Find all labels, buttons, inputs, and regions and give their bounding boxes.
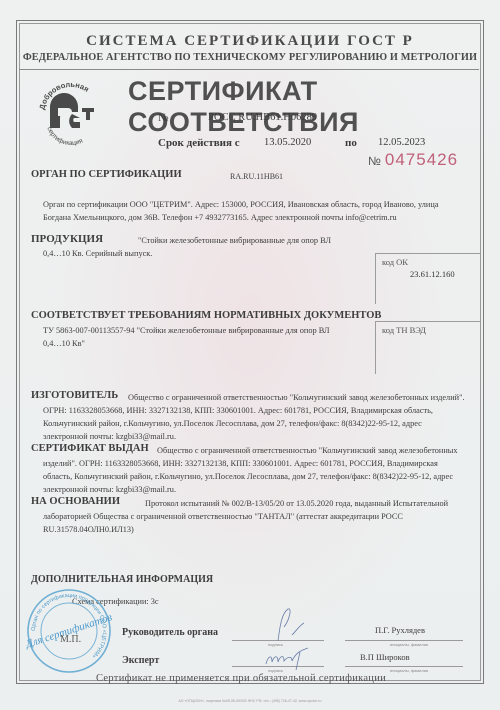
expert-name-caption: инициалы, фамилия bbox=[390, 668, 428, 673]
head-name: П.Г. Рухлядев bbox=[375, 624, 425, 637]
issued-to-label: СЕРТИФИКАТ ВЫДАН bbox=[31, 443, 149, 454]
printer-footer: АО «ОПЦИОН», лицензия №05-05-09/003 ФНС … bbox=[0, 699, 500, 703]
valid-to-label: по bbox=[345, 137, 357, 149]
tnved-code-label: код ТН ВЭД bbox=[382, 325, 426, 335]
issued-to-line-4: электронной почты: kzgbi33@mail.ru. bbox=[43, 483, 176, 496]
valid-to: 12.05.2023 bbox=[378, 137, 425, 148]
product-line-2: 0,4…10 Кв. Серийный выпуск. bbox=[43, 247, 152, 260]
system-title: СИСТЕМА СЕРТИФИКАЦИИ ГОСТ Р bbox=[0, 33, 500, 50]
cert-number-label: № bbox=[158, 112, 169, 124]
serial-value: 0475426 bbox=[385, 150, 458, 169]
head-label: Руководитель органа bbox=[122, 627, 218, 638]
seal-stamp-icon: Орган по сертификации продукции ООО «ЦЕТ… bbox=[26, 588, 112, 674]
basis-line-2: лабораторией Общества с ограниченной отв… bbox=[43, 510, 403, 523]
product-line-1: "Стойки железобетонные вибрированные для… bbox=[138, 234, 331, 247]
manufacturer-line-1: Общество с ограниченной ответственностью… bbox=[128, 391, 465, 404]
cert-body-line-1: Орган по сертификации ООО "ЦЕТРИМ". Адре… bbox=[43, 198, 439, 211]
manufacturer-line-4: электронной почты: kzgbi33@mail.ru. bbox=[43, 430, 176, 443]
issued-to-line-1: Общество с ограниченной ответственностью… bbox=[157, 444, 458, 457]
head-name-caption: инициалы, фамилия bbox=[390, 642, 428, 647]
manufacturer-line-3: Кольчугинский район, г.Кольчугино, ул.По… bbox=[43, 417, 422, 430]
manufacturer-label: ИЗГОТОВИТЕЛЬ bbox=[31, 390, 118, 401]
ok-code-label: код ОК bbox=[382, 257, 408, 267]
ok-code-box: код ОК 23.61.12.160 bbox=[375, 253, 480, 304]
cert-body-label: ОРГАН ПО СЕРТИФИКАЦИИ bbox=[31, 169, 182, 180]
certificate-title: СЕРТИФИКАТ СООТВЕТСТВИЯ bbox=[128, 76, 500, 138]
ok-code-value: 23.61.12.160 bbox=[410, 269, 455, 279]
issued-to-line-3: область, Кольчугинский район, г.Кольчуги… bbox=[43, 470, 453, 483]
tnved-code-box: код ТН ВЭД bbox=[375, 321, 480, 374]
cert-body-code: RA.RU.11НВ61 bbox=[230, 170, 283, 183]
issued-to-line-2: изделий". ОГРН: 1163328053668, ИНН: 3327… bbox=[43, 457, 438, 470]
notice-text: Сертификат не применяется при обязательн… bbox=[96, 672, 386, 686]
manufacturer-line-2: ОГРН: 1163328053668, ИНН: 3327132138, КП… bbox=[43, 404, 433, 417]
cert-number: РОСС RU.НВ61.Н06289 bbox=[208, 112, 317, 123]
basis-label: НА ОСНОВАНИИ bbox=[31, 496, 120, 507]
expert-signature-icon bbox=[262, 646, 314, 672]
agency-name: ФЕДЕРАЛЬНОЕ АГЕНТСТВО ПО ТЕХНИЧЕСКОМУ РЕ… bbox=[0, 52, 500, 63]
product-label: ПРОДУКЦИЯ bbox=[31, 233, 103, 245]
additional-info-label: ДОПОЛНИТЕЛЬНАЯ ИНФОРМАЦИЯ bbox=[31, 574, 213, 585]
basis-line-1: Протокол испытаний № 002/В-13/05/20 от 1… bbox=[145, 497, 448, 510]
cert-body-line-2: Богдана Хмельницкого, дом 36В. Телефон +… bbox=[43, 211, 397, 224]
serial-label: № bbox=[368, 154, 381, 168]
expert-name: В.П Широков bbox=[360, 651, 410, 664]
compliance-label: СООТВЕТСТВУЕТ ТРЕБОВАНИЯМ НОРМАТИВНЫХ ДО… bbox=[31, 310, 381, 321]
head-name-line bbox=[345, 640, 463, 641]
header-divider bbox=[19, 69, 479, 70]
compliance-line-1: ТУ 5863-007-00113557-94 "Стойки железобе… bbox=[43, 324, 330, 337]
validity-label: Срок действия с bbox=[158, 137, 240, 149]
serial-number: №0475426 bbox=[368, 150, 458, 170]
expert-name-line bbox=[345, 666, 463, 667]
expert-label: Эксперт bbox=[122, 655, 159, 666]
valid-from: 13.05.2020 bbox=[264, 137, 311, 148]
head-signature-icon bbox=[270, 605, 310, 645]
mp-label: М.П. bbox=[60, 633, 81, 646]
basis-line-3: RU.31578.04ОЛН0.ИЛ13) bbox=[43, 523, 134, 536]
svg-text:сертификация: сертификация bbox=[45, 126, 84, 147]
compliance-line-2: 0,4…10 Кв" bbox=[43, 337, 85, 350]
rst-logo-icon: Добровольная сертификация bbox=[36, 80, 106, 150]
